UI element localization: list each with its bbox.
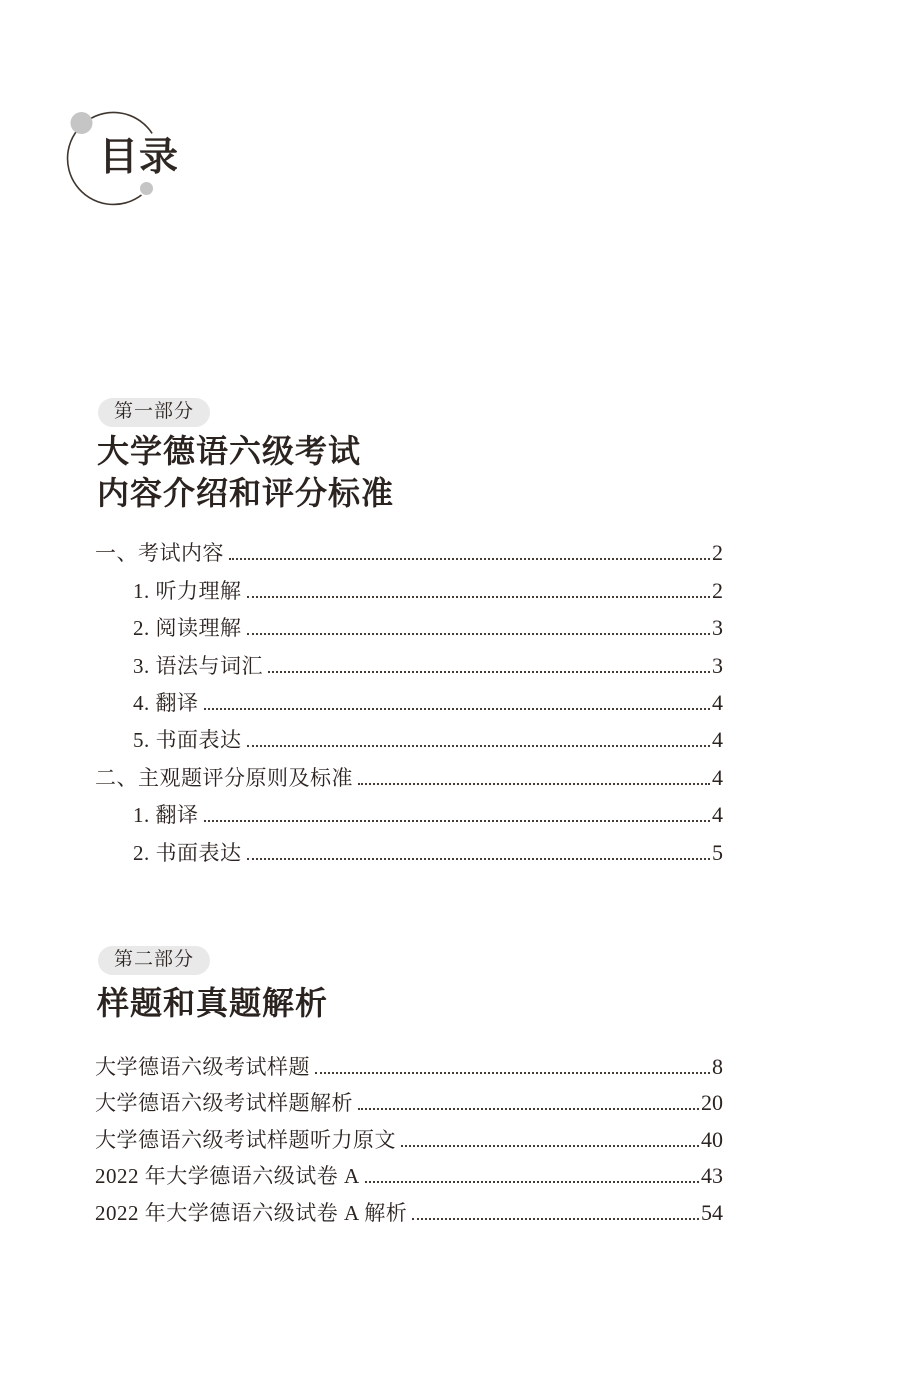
dot-leader — [204, 820, 711, 822]
part2-badge: 第二部分 — [98, 946, 210, 975]
toc-entry-label: 大学德语六级考试样题解析 — [95, 1093, 353, 1117]
toc-entry-page: 40 — [701, 1129, 723, 1154]
toc-entry-label: 1. 听力理解 — [95, 581, 242, 605]
part1-title-line2: 内容介绍和评分标准 — [97, 472, 394, 514]
toc-entry: 2022 年大学德语六级试卷 A 解析 54 — [95, 1190, 723, 1227]
part1-toc-list: 一、考试内容 2 1. 听力理解 2 2. 阅读理解 3 3. 语法与词汇 3 … — [95, 530, 723, 867]
toc-entry-label: 4. 翻译 — [95, 693, 199, 717]
toc-entry-page: 4 — [712, 767, 723, 792]
dot-leader — [412, 1218, 699, 1220]
part2-toc-list: 大学德语六级考试样题 8 大学德语六级考试样题解析 20 大学德语六级考试样题听… — [95, 1044, 723, 1227]
toc-entry-page: 3 — [712, 617, 723, 642]
toc-entry-label: 2. 阅读理解 — [95, 618, 242, 642]
toc-entry: 1. 听力理解 2 — [95, 567, 723, 604]
part2-title: 样题和真题解析 — [97, 982, 328, 1024]
toc-entry-page: 8 — [712, 1056, 723, 1081]
toc-entry: 二、主观题评分原则及标准 4 — [95, 754, 723, 791]
dot-leader — [247, 633, 711, 635]
toc-entry: 2. 书面表达 5 — [95, 829, 723, 866]
toc-entry-label: 大学德语六级考试样题听力原文 — [95, 1130, 396, 1154]
toc-entry-label: 二、主观题评分原则及标准 — [95, 768, 353, 792]
dot-leader — [247, 745, 711, 747]
dot-leader — [268, 671, 710, 673]
decor-circle-small — [140, 182, 153, 195]
toc-entry: 2022 年大学德语六级试卷 A 43 — [95, 1154, 723, 1191]
dot-leader — [247, 596, 711, 598]
dot-leader — [365, 1181, 699, 1183]
toc-page: 目录 第一部分 大学德语六级考试 内容介绍和评分标准 一、考试内容 2 1. 听… — [0, 0, 900, 1396]
part1-title: 大学德语六级考试 内容介绍和评分标准 — [97, 430, 394, 514]
dot-leader — [247, 858, 711, 860]
part2-title-line1: 样题和真题解析 — [97, 982, 328, 1024]
dot-leader — [358, 1108, 699, 1110]
toc-entry-label: 2022 年大学德语六级试卷 A 解析 — [95, 1203, 407, 1227]
toc-entry-label: 5. 书面表达 — [95, 730, 242, 754]
toc-entry-page: 5 — [712, 842, 723, 867]
toc-entry-page: 20 — [701, 1092, 723, 1117]
dot-leader — [315, 1072, 710, 1074]
toc-entry: 大学德语六级考试样题解析 20 — [95, 1081, 723, 1118]
dot-leader — [229, 558, 710, 560]
toc-entry-label: 一、考试内容 — [95, 543, 224, 567]
toc-entry: 4. 翻译 4 — [95, 680, 723, 717]
toc-entry-page: 4 — [712, 729, 723, 754]
toc-entry: 3. 语法与词汇 3 — [95, 642, 723, 679]
decor-circle-large — [71, 112, 93, 134]
toc-entry-page: 3 — [712, 655, 723, 680]
toc-entry-label: 2022 年大学德语六级试卷 A — [95, 1166, 360, 1190]
toc-entry: 5. 书面表达 4 — [95, 717, 723, 754]
toc-entry-label: 3. 语法与词汇 — [95, 656, 263, 680]
toc-entry: 一、考试内容 2 — [95, 530, 723, 567]
toc-entry-page: 2 — [712, 542, 723, 567]
toc-entry: 大学德语六级考试样题 8 — [95, 1044, 723, 1081]
toc-entry-page: 4 — [712, 692, 723, 717]
toc-entry-page: 2 — [712, 580, 723, 605]
toc-entry-label: 1. 翻译 — [95, 805, 199, 829]
toc-entry-page: 54 — [701, 1202, 723, 1227]
toc-entry-label: 大学德语六级考试样题 — [95, 1057, 310, 1081]
toc-entry: 大学德语六级考试样题听力原文 40 — [95, 1117, 723, 1154]
dot-leader — [204, 708, 711, 710]
toc-heading: 目录 — [99, 136, 179, 180]
part1-title-line1: 大学德语六级考试 — [97, 430, 394, 472]
toc-entry: 1. 翻译 4 — [95, 792, 723, 829]
dot-leader — [358, 783, 710, 785]
part1-badge: 第一部分 — [98, 398, 210, 427]
toc-entry-page: 4 — [712, 804, 723, 829]
toc-entry: 2. 阅读理解 3 — [95, 605, 723, 642]
toc-entry-label: 2. 书面表达 — [95, 843, 242, 867]
dot-leader — [401, 1145, 699, 1147]
toc-entry-page: 43 — [701, 1165, 723, 1190]
